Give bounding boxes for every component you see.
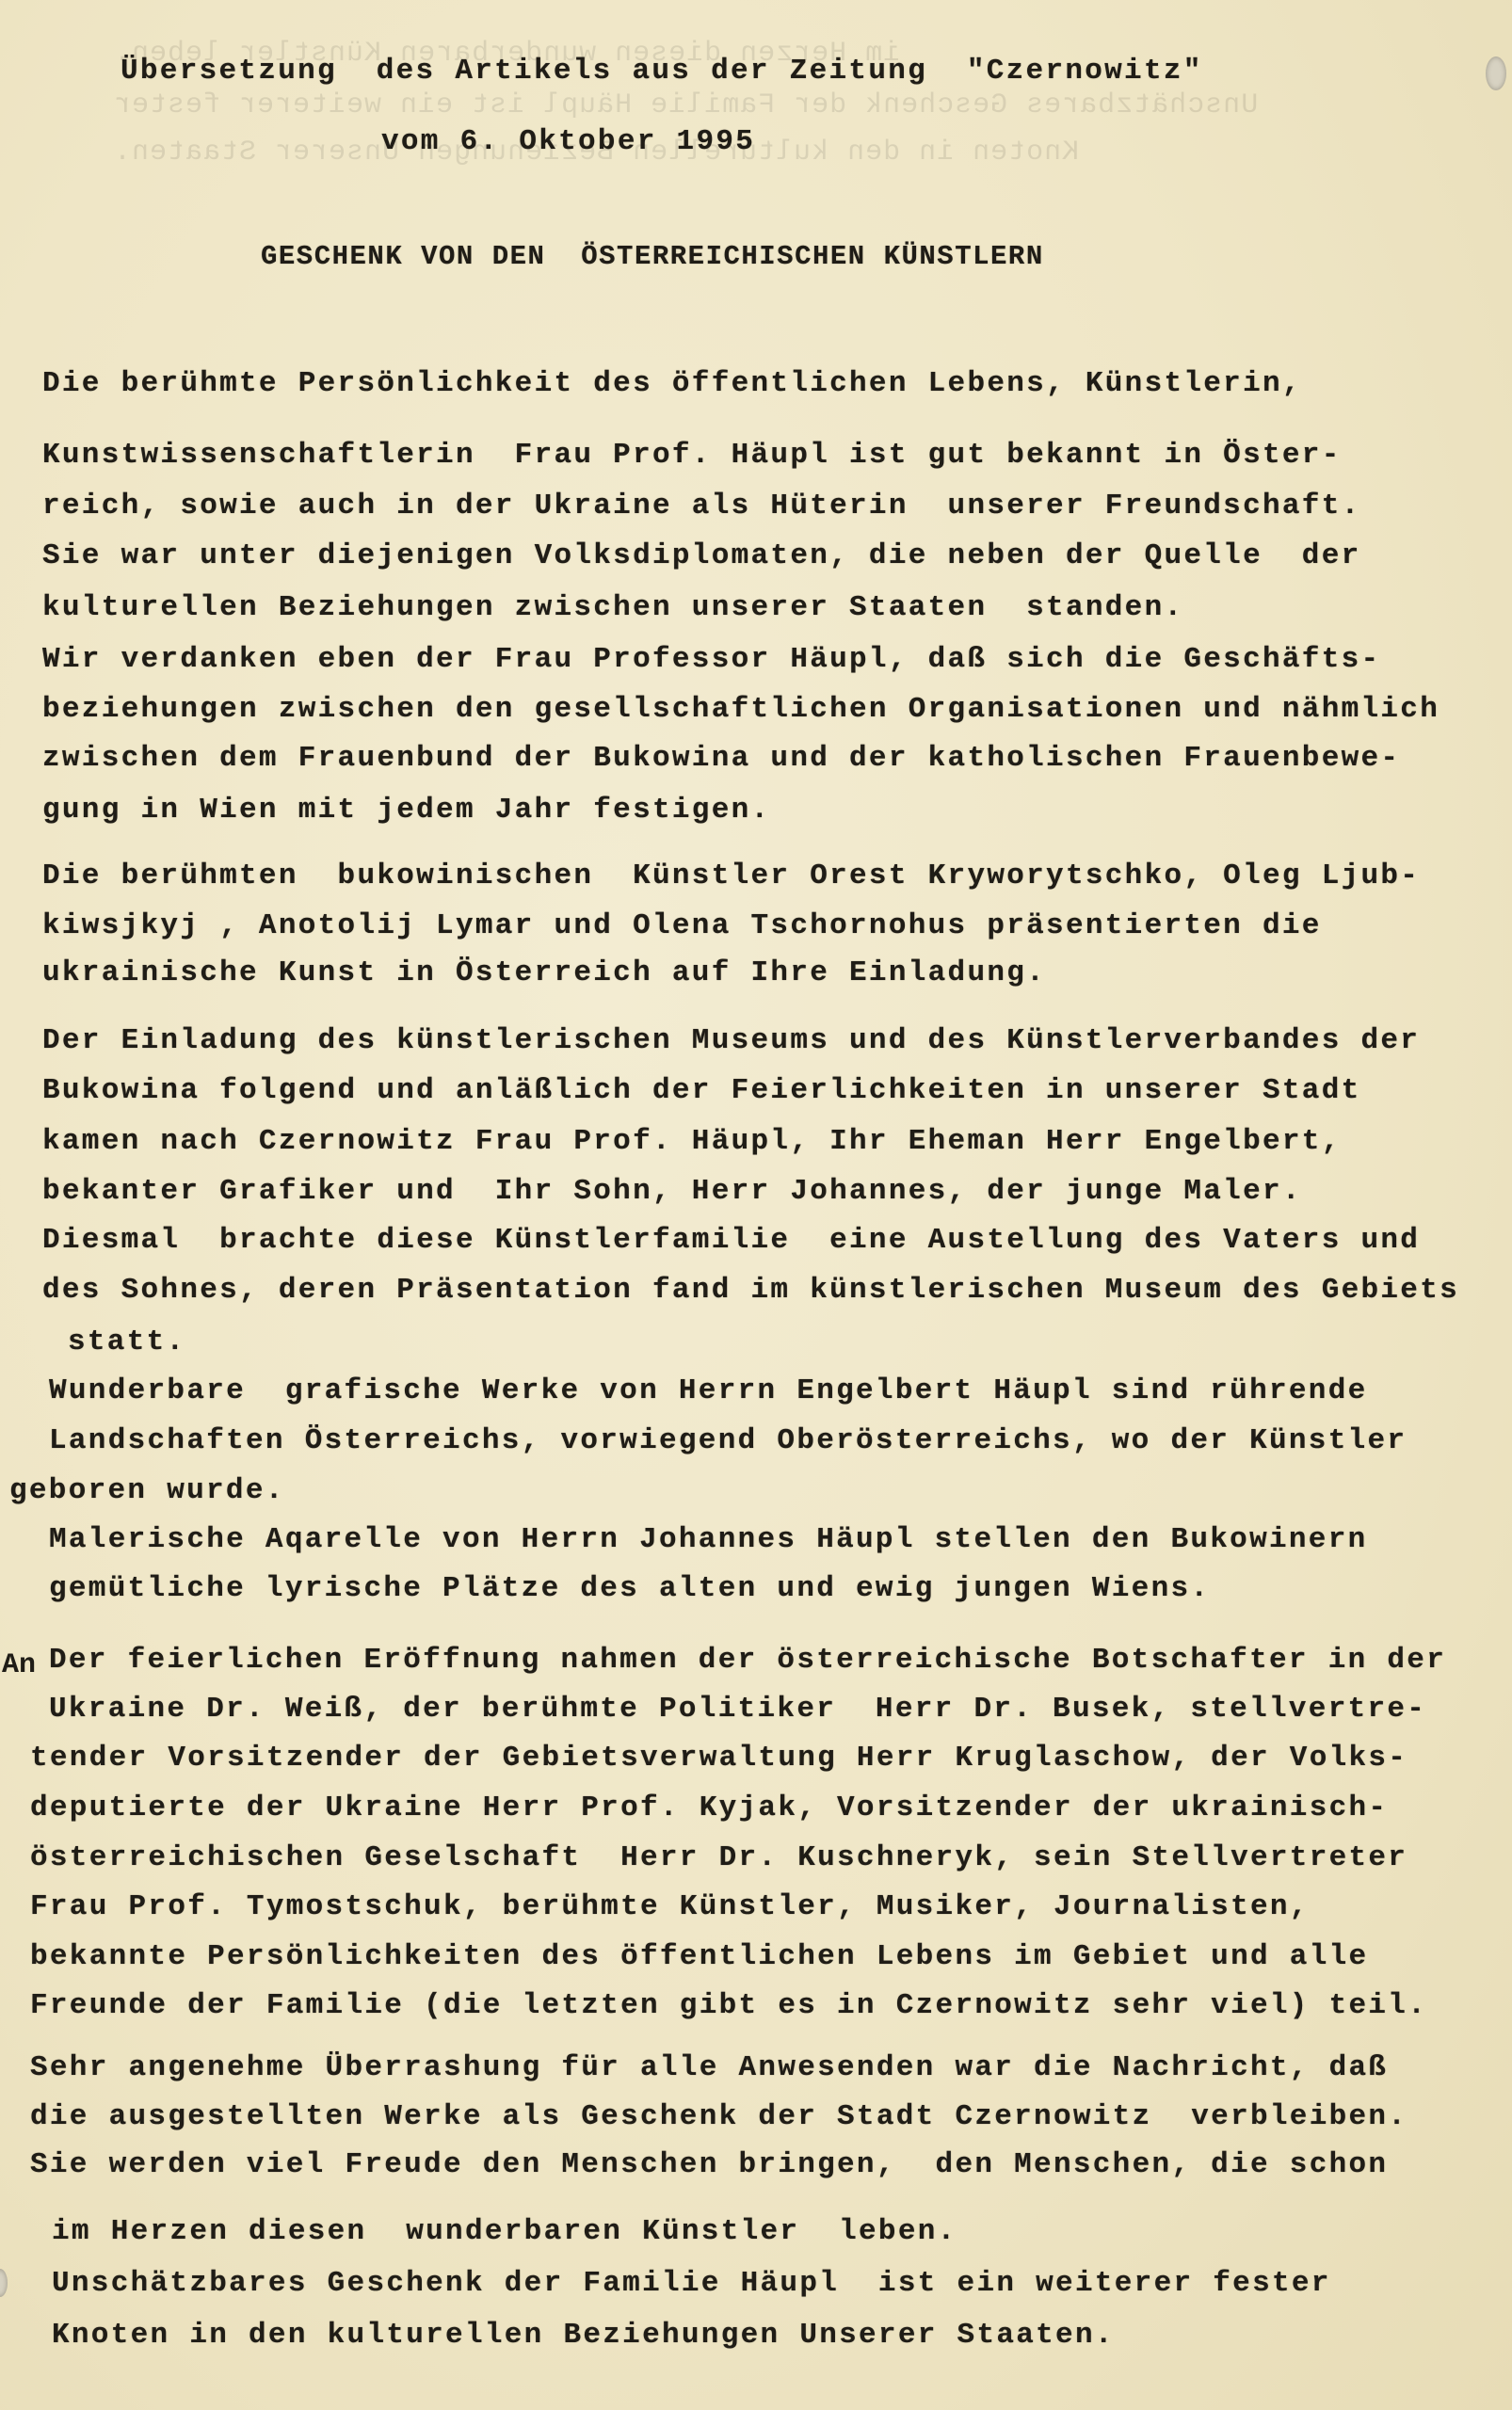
body-line: Sehr angenehme Überrashung für alle Anwe… bbox=[30, 2053, 1388, 2082]
body-line: Der feierlichen Eröffnung nahmen der öst… bbox=[49, 1646, 1446, 1675]
body-line: Die berühmten bukowinischen Künstler Ore… bbox=[42, 861, 1420, 891]
header-date: vom 6. Oktober 1995 bbox=[381, 127, 755, 156]
body-line: des Sohnes, deren Präsentation fand im k… bbox=[42, 1276, 1459, 1305]
body-line: Malerische Aqarelle von Herrn Johannes H… bbox=[49, 1525, 1368, 1554]
body-line: zwischen dem Frauenbund der Bukowina und… bbox=[42, 744, 1400, 773]
body-line: Kunstwissenschaftlerin Frau Prof. Häupl … bbox=[42, 441, 1342, 470]
article-title: GESCHENK VON DEN ÖSTERREICHISCHEN KÜNSTL… bbox=[261, 243, 1044, 270]
body-line: Freunde der Familie (die letzten gibt es… bbox=[30, 1991, 1427, 2020]
punch-hole bbox=[0, 2269, 8, 2297]
body-line: Der Einladung des künstlerischen Museums… bbox=[42, 1026, 1420, 1055]
body-line: kiwsjkyj , Anotolij Lymar und Olena Tsch… bbox=[42, 911, 1322, 940]
body-line: bekanter Grafiker und Ihr Sohn, Herr Joh… bbox=[42, 1177, 1302, 1206]
header-line-1: Übersetzung des Artikels aus der Zeitung… bbox=[121, 56, 1203, 86]
body-line: Wunderbare grafische Werke von Herrn Eng… bbox=[49, 1376, 1368, 1406]
body-line: Wir verdanken eben der Frau Professor Hä… bbox=[42, 645, 1380, 674]
body-line: ukrainische Kunst in Österreich auf Ihre… bbox=[42, 958, 1046, 988]
body-line: die ausgestellten Werke als Geschenk der… bbox=[30, 2102, 1407, 2131]
body-line: Landschaften Österreichs, vorwiegend Obe… bbox=[49, 1426, 1407, 1455]
body-line: tender Vorsitzender der Gebietsverwaltun… bbox=[30, 1743, 1407, 1773]
body-line: Sie werden viel Freude den Menschen brin… bbox=[30, 2150, 1388, 2179]
body-line: kamen nach Czernowitz Frau Prof. Häupl, … bbox=[42, 1127, 1342, 1156]
body-line: Bukowina folgend und anläßlich der Feier… bbox=[42, 1076, 1361, 1105]
body-line: beziehungen zwischen den gesellschaftlic… bbox=[42, 695, 1440, 724]
punch-hole bbox=[1486, 56, 1506, 90]
body-line: bekannte Persönlichkeiten des öffentlich… bbox=[30, 1942, 1368, 1971]
body-line: Knoten in den kulturellen Beziehungen Un… bbox=[52, 2321, 1115, 2350]
body-line: reich, sowie auch in der Ukraine als Hüt… bbox=[42, 491, 1361, 521]
body-line: Frau Prof. Tymostschuk, berühmte Künstle… bbox=[30, 1892, 1310, 1921]
body-line: Ukraine Dr. Weiß, der berühmte Politiker… bbox=[49, 1695, 1426, 1724]
body-line: deputierte der Ukraine Herr Prof. Kyjak,… bbox=[30, 1793, 1388, 1823]
body-line: gemütliche lyrische Plätze des alten und… bbox=[49, 1574, 1210, 1603]
body-line: gung in Wien mit jedem Jahr festigen. bbox=[42, 795, 770, 825]
body-line: im Herzen diesen wunderbaren Künstler le… bbox=[52, 2217, 957, 2246]
body-line: Die berühmte Persönlichkeit des öffentli… bbox=[42, 369, 1302, 398]
body-line: Diesmal brachte diese Künstlerfamilie ei… bbox=[42, 1226, 1420, 1255]
body-line: Unschätzbares Geschenk der Familie Häupl… bbox=[52, 2269, 1331, 2298]
body-line: geboren wurde. bbox=[9, 1476, 285, 1505]
handwritten-margin-note: An bbox=[2, 1649, 36, 1681]
body-line: österreichischen Geselschaft Herr Dr. Ku… bbox=[30, 1843, 1407, 1872]
body-line: kulturellen Beziehungen zwischen unserer… bbox=[42, 593, 1183, 622]
body-line: statt. bbox=[68, 1327, 185, 1357]
body-line: Sie war unter diejenigen Volksdiplomaten… bbox=[42, 541, 1361, 570]
bleed-through-text: Unschätzbares Geschenk der Familie Häupl… bbox=[113, 89, 1258, 121]
